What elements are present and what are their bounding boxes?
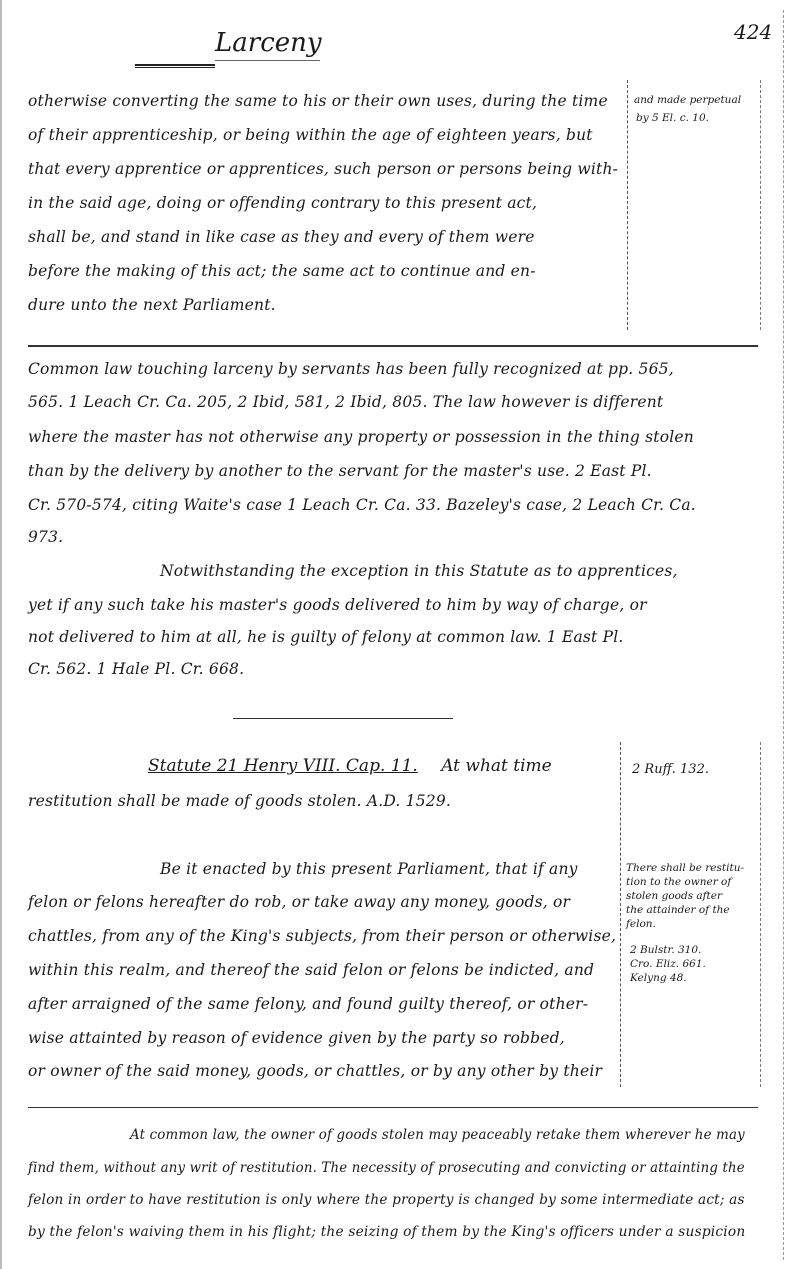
text-line: where the master has not otherwise any p… xyxy=(28,428,694,446)
margin-citation: 2 Bulstr. 310. xyxy=(630,944,701,956)
text-line: felon or felons hereafter do rob, or tak… xyxy=(28,893,570,911)
margin-note: and made perpetual xyxy=(634,94,741,106)
margin-reference: 2 Ruff. 132. xyxy=(632,762,709,777)
text-line: 973. xyxy=(28,528,63,546)
text-line: after arraigned of the same felony, and … xyxy=(28,995,588,1013)
margin-note: the attainder of the xyxy=(626,904,730,916)
title-underline-thin xyxy=(135,67,215,68)
margin-citation: Kelyng 48. xyxy=(630,972,687,984)
text-line: shall be, and stand in like case as they… xyxy=(28,228,535,246)
text-line: dure unto the next Parliament. xyxy=(28,296,276,314)
margin-note: stolen goods after xyxy=(626,890,722,902)
text-line: by the felon's waiving them in his fligh… xyxy=(28,1224,745,1240)
text-line: find them, without any writ of restituti… xyxy=(28,1160,745,1176)
margin-note: by 5 El. c. 10. xyxy=(636,112,709,124)
margin-rule-outer xyxy=(760,742,761,1087)
text-line: yet if any such take his master's goods … xyxy=(28,596,647,614)
title-flourish xyxy=(215,60,320,61)
text-line: of their apprenticeship, or being within… xyxy=(28,126,593,144)
section-divider xyxy=(28,345,758,347)
text-line: within this realm, and thereof the said … xyxy=(28,961,594,979)
text-line: Notwithstanding the exception in this St… xyxy=(160,562,678,580)
margin-rule xyxy=(627,80,628,330)
margin-note: felon. xyxy=(626,918,656,930)
margin-citation: Cro. Eliz. 661. xyxy=(630,958,706,970)
page-number: 424 xyxy=(734,20,772,44)
text-line: in the said age, doing or offending cont… xyxy=(28,194,537,212)
text-line: that every apprentice or apprentices, su… xyxy=(28,160,618,178)
text-line: Cr. 570-574, citing Waite's case 1 Leach… xyxy=(28,496,696,514)
text-line: Cr. 562. 1 Hale Pl. Cr. 668. xyxy=(28,660,244,678)
section-divider xyxy=(28,1107,758,1108)
text-line: before the making of this act; the same … xyxy=(28,262,536,280)
text-line: not delivered to him at all, he is guilt… xyxy=(28,628,624,646)
text-line: restitution shall be made of goods stole… xyxy=(28,792,451,810)
text-line: than by the delivery by another to the s… xyxy=(28,462,652,480)
text-line: otherwise converting the same to his or … xyxy=(28,92,608,110)
outer-margin-rule xyxy=(783,10,785,1260)
short-divider xyxy=(233,718,453,719)
margin-rule-outer xyxy=(760,80,761,330)
page-edge xyxy=(0,0,2,1269)
text-line: 565. 1 Leach Cr. Ca. 205, 2 Ibid, 581, 2… xyxy=(28,393,663,411)
text-line: At common law, the owner of goods stolen… xyxy=(130,1127,745,1143)
text-line: or owner of the said money, goods, or ch… xyxy=(28,1062,602,1080)
margin-note: tion to the owner of xyxy=(626,876,731,888)
margin-rule xyxy=(620,742,621,1087)
title-underline xyxy=(135,64,215,66)
text-line: Be it enacted by this present Parliament… xyxy=(160,860,578,878)
text-line: chattles, from any of the King's subject… xyxy=(28,927,616,945)
text-line: felon in order to have restitution is on… xyxy=(28,1192,745,1208)
statute-title: Statute 21 Henry VIII. Cap. 11. xyxy=(148,756,418,776)
text-line: wise attainted by reason of evidence giv… xyxy=(28,1029,565,1047)
manuscript-page: Larceny 424 otherwise converting the sam… xyxy=(0,0,791,1269)
statute-heading: Statute 21 Henry VIII. Cap. 11. At what … xyxy=(148,756,552,776)
margin-note: There shall be restitu- xyxy=(626,862,744,874)
text-line: Common law touching larceny by servants … xyxy=(28,360,674,378)
statute-subtitle: At what time xyxy=(441,756,552,776)
page-title: Larceny xyxy=(215,28,322,58)
